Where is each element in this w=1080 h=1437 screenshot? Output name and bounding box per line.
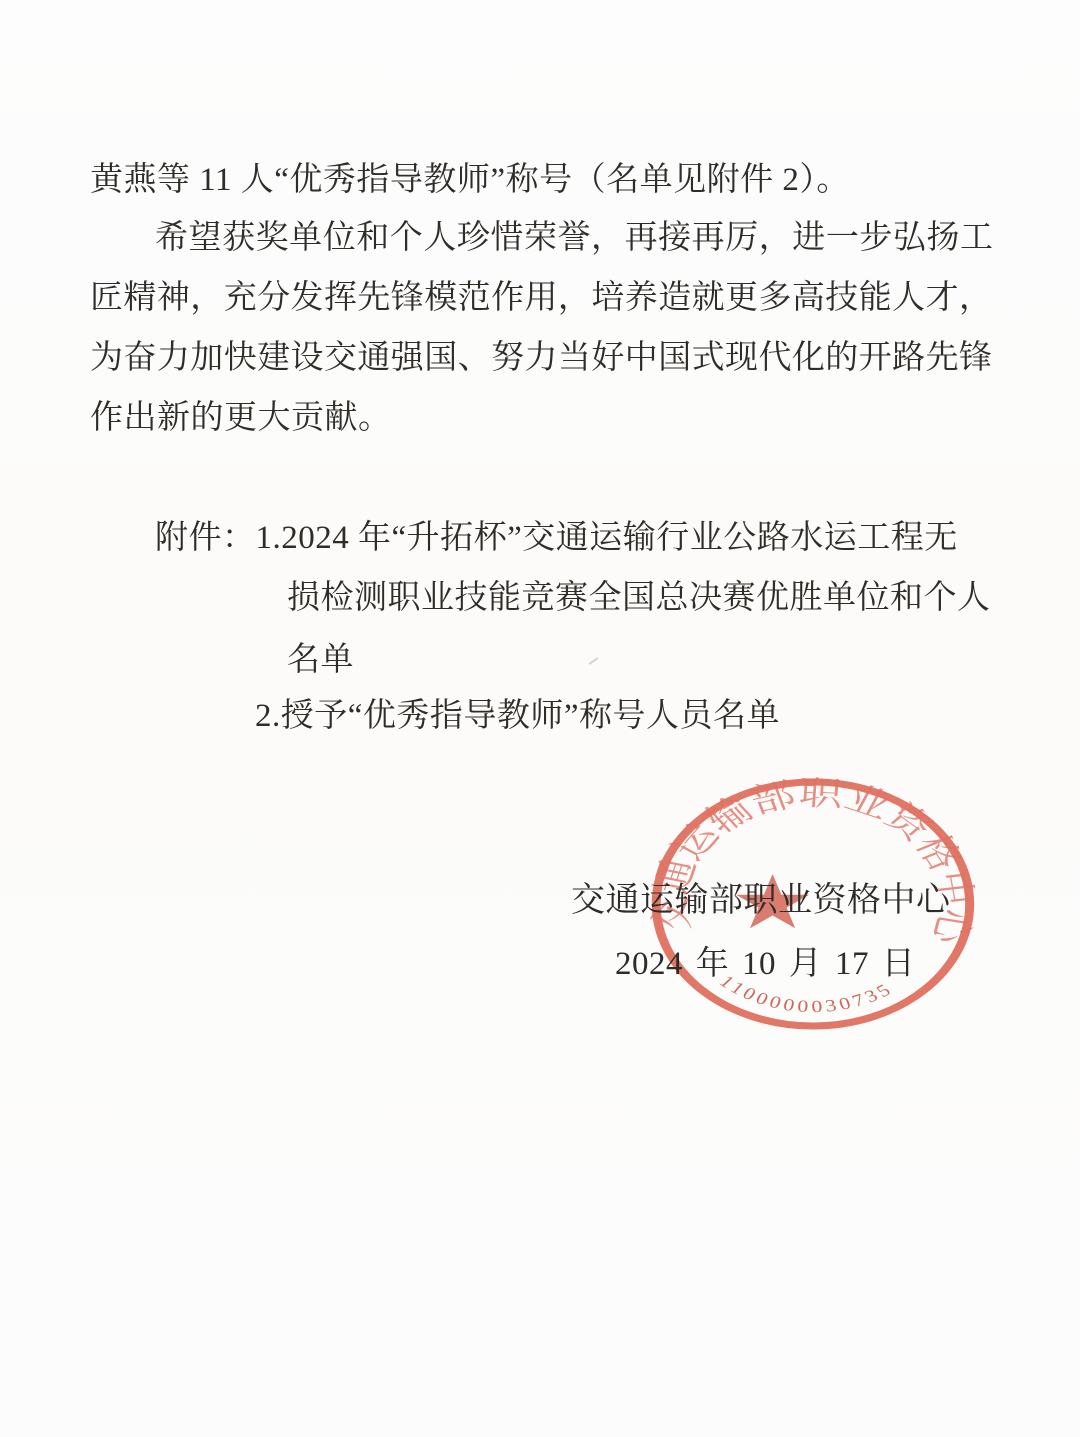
body-line-2: 希望获奖单位和个人珍惜荣誉，再接再厉，进一步弘扬工 bbox=[155, 218, 993, 259]
scan-artifact-speck bbox=[588, 657, 598, 665]
body-line-1: 黄燕等 11 人“优秀指导教师”称号（名单见附件 2）。 bbox=[90, 160, 850, 201]
body-line-3: 匠精神，充分发挥先锋模范作用，培养造就更多高技能人才， bbox=[90, 278, 992, 319]
signature-org: 交通运输部职业资格中心 bbox=[571, 880, 951, 923]
attachment-item1-line3: 名单 bbox=[287, 640, 354, 681]
body-line-5: 作出新的更大贡献。 bbox=[90, 398, 392, 439]
body-line-4: 为奋力加快建设交通强国、努力当好中国式现代化的开路先锋 bbox=[90, 338, 992, 379]
attachment-label: 附件： bbox=[155, 520, 256, 556]
signature-date: 2024 年 10 月 17 日 bbox=[615, 944, 915, 985]
attachment-item1-text: 1.2024 年“升拓杯”交通运输行业公路水运工程无 bbox=[256, 520, 958, 556]
document-page: 黄燕等 11 人“优秀指导教师”称号（名单见附件 2）。 希望获奖单位和个人珍惜… bbox=[0, 0, 1080, 1437]
attachment-item1-line2: 损检测职业技能竞赛全国总决赛优胜单位和个人 bbox=[287, 578, 991, 619]
attachment-item1-line1: 附件：1.2024 年“升拓杯”交通运输行业公路水运工程无 bbox=[155, 518, 958, 559]
attachment-item2: 2.授予“优秀指导教师”称号人员名单 bbox=[255, 696, 780, 737]
